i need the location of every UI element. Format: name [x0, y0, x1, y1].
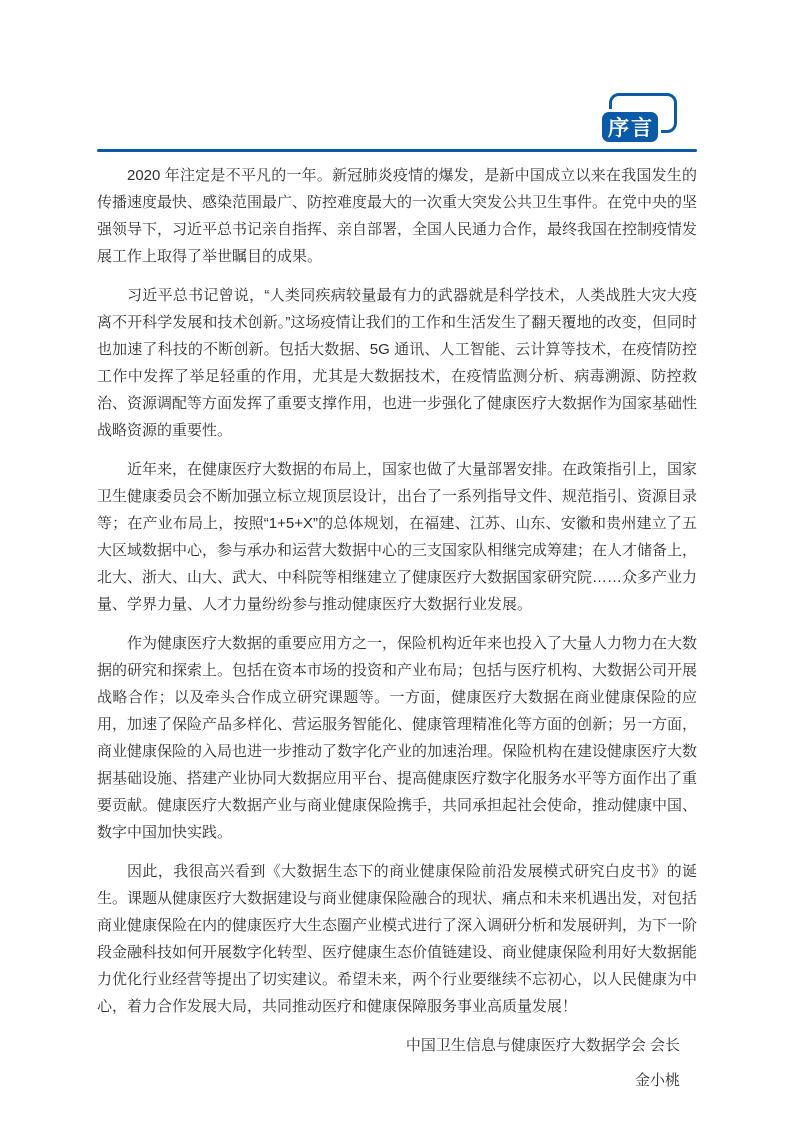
preface-paragraph: 2020 年注定是不平凡的一年。新冠肺炎疫情的爆发，是新中国成立以来在我国发生的…: [97, 162, 697, 270]
preface-body: 2020 年注定是不平凡的一年。新冠肺炎疫情的爆发，是新中国成立以来在我国发生的…: [97, 162, 697, 1020]
badge-label: 序言: [599, 109, 661, 145]
document-page: 序言 2020 年注定是不平凡的一年。新冠肺炎疫情的爆发，是新中国成立以来在我国…: [0, 0, 793, 1122]
preface-paragraph: 因此，我很高兴看到《大数据生态下的商业健康保险前沿发展模式研究白皮书》的诞生。课…: [97, 858, 697, 1020]
signature-block: 中国卫生信息与健康医疗大数据学会 会长 金小桃: [97, 1032, 697, 1094]
page-content: 序言 2020 年注定是不平凡的一年。新冠肺炎疫情的爆发，是新中国成立以来在我国…: [97, 0, 697, 1094]
section-divider: [97, 149, 697, 152]
preface-paragraph: 近年来，在健康医疗大数据的布局上，国家也做了大量部署安排。在政策指引上，国家卫生…: [97, 456, 697, 618]
signature-name: 金小桃: [97, 1067, 680, 1094]
preface-badge: 序言: [599, 93, 677, 145]
preface-paragraph: 习近平总书记曾说，“人类同疾病较量最有力的武器就是科学技术，人类战胜大灾大疫离不…: [97, 282, 697, 444]
preface-header: 序言: [97, 0, 697, 152]
signature-title: 中国卫生信息与健康医疗大数据学会 会长: [97, 1032, 680, 1059]
preface-paragraph: 作为健康医疗大数据的重要应用方之一，保险机构近年来也投入了大量人力物力在大数据的…: [97, 630, 697, 846]
